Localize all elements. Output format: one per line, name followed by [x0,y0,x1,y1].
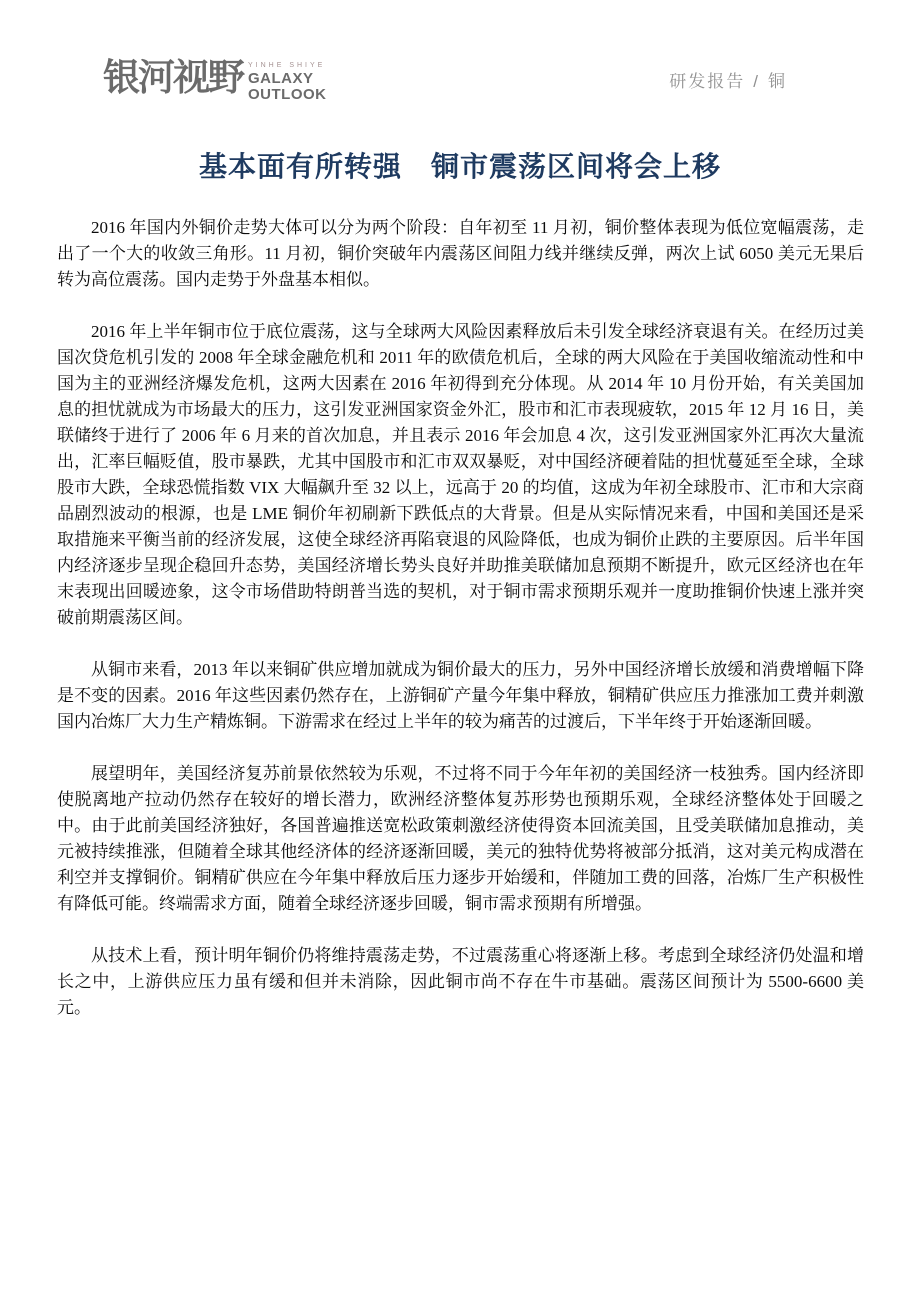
body-paragraph-2: 2016 年上半年铜市位于底位震荡，这与全球两大风险因素释放后未引发全球经济衰退… [57,319,864,631]
logo-pinyin-text: YINHE SHIYE [248,62,327,69]
body-paragraph-1: 2016 年国内外铜价走势大体可以分为两个阶段：自年初至 11 月初，铜价整体表… [57,215,864,293]
logo-galaxy-text: GALAXY [248,71,327,87]
page-title: 基本面有所转强 铜市震荡区间将会上移 [0,145,920,185]
header-separator: / [753,72,760,91]
report-topic-label: 铜 [768,72,787,91]
body-paragraph-3: 从铜市来看，2013 年以来铜矿供应增加就成为铜价最大的压力，另外中国经济增长放… [57,657,864,735]
logo-outlook-text: OUTLOOK [248,87,327,103]
report-body: 2016 年国内外铜价走势大体可以分为两个阶段：自年初至 11 月初，铜价整体表… [57,215,864,1021]
report-page: 银河视野 YINHE SHIYE GALAXY OUTLOOK 研发报告/铜 基… [0,0,920,1302]
page-header: 银河视野 YINHE SHIYE GALAXY OUTLOOK 研发报告/铜 [0,0,920,103]
report-type-label: 研发报告 [669,72,745,91]
logo-english-block: YINHE SHIYE GALAXY OUTLOOK [248,62,327,103]
body-paragraph-4: 展望明年，美国经济复苏前景依然较为乐观，不过将不同于今年年初的美国经济一枝独秀。… [57,761,864,917]
brand-logo: 银河视野 YINHE SHIYE GALAXY OUTLOOK [103,56,327,103]
report-type-header: 研发报告/铜 [669,67,787,92]
body-paragraph-5: 从技术上看，预计明年铜价仍将维持震荡走势，不过震荡重心将逐渐上移。考虑到全球经济… [57,943,864,1021]
logo-chinese-wordmark: 银河视野 [103,56,243,100]
